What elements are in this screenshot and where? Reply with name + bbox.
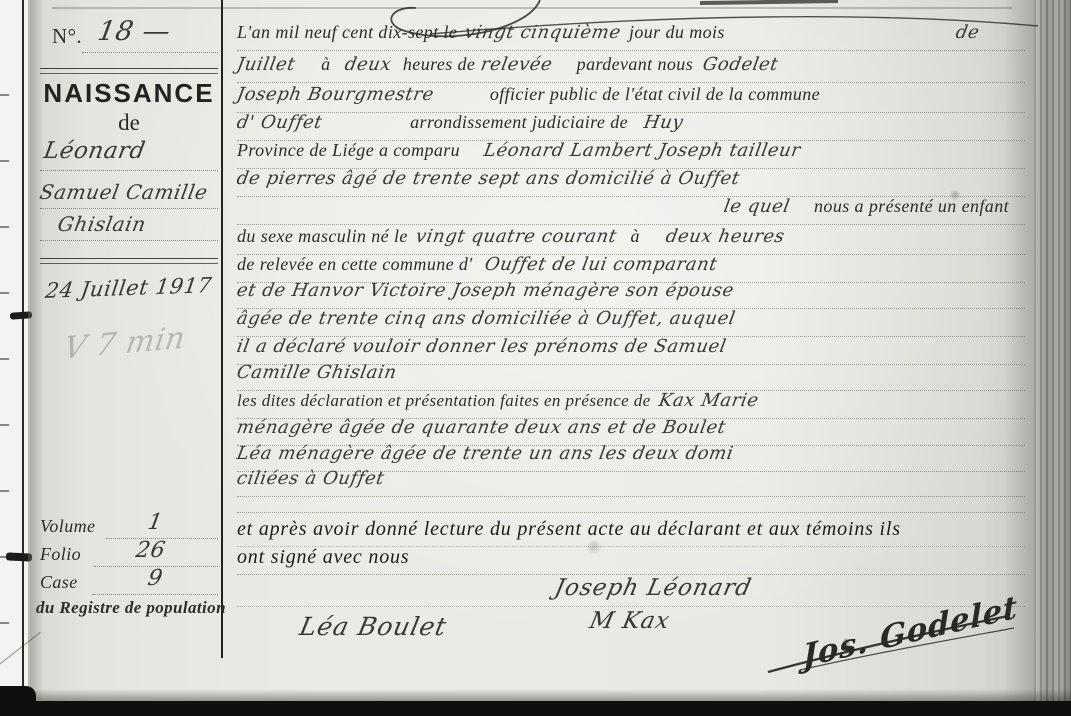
form-text: jour du mois — [629, 22, 725, 43]
handwritten-entry: Juillet — [235, 54, 297, 75]
handwritten-entry: de pierres âgé de trente sept ans domici… — [235, 168, 741, 189]
handwritten-entry: et de Hanvor Victoire Joseph ménagère so… — [235, 280, 736, 301]
act-line: de pierres âgé de trente sept ans domici… — [237, 168, 1025, 197]
handwritten-entry: Léa ménagère âgée de trente un ans les d… — [235, 443, 735, 464]
handwritten-entry: Kax Marie — [657, 390, 760, 411]
act-line: il a déclaré vouloir donner les prénoms … — [237, 336, 1025, 365]
act-line: ont signé avec nous — [237, 546, 1025, 575]
ruled-line — [40, 240, 218, 241]
handwritten-entry: de — [954, 22, 981, 43]
child-surname: Léonard — [42, 138, 148, 164]
folio-label: Folio — [40, 544, 81, 565]
act-line: d' Ouffet arrondissement judiciaire de H… — [237, 112, 1025, 141]
handwritten-entry: Camille Ghislain — [235, 362, 398, 383]
record-number-label: N°. — [52, 24, 82, 49]
child-given-names-2: Ghislain — [56, 212, 148, 236]
handwritten-entry: il a déclaré vouloir donner les prénoms … — [235, 336, 728, 357]
register-caption: du Registre de population — [36, 598, 226, 618]
handwritten-entry: Ouffet de lui comparant — [483, 254, 719, 275]
case-value: 9 — [146, 566, 165, 591]
form-text: pardevant nous — [577, 54, 693, 75]
child-given-names: Samuel Camille — [38, 180, 210, 204]
page-stack-edge — [1034, 0, 1071, 716]
witness-signature-lea-boulet: Léa Boulet — [297, 612, 450, 641]
handwritten-entry: le quel — [722, 196, 792, 217]
act-line: âgée de trente cinq ans domiciliée à Ouf… — [237, 308, 1025, 337]
margin-column: N°. 18 — NAISSANCE de Léonard Samuel Cam… — [36, 0, 222, 660]
form-text: du sexe masculin né le — [237, 226, 408, 247]
form-text: ont signé avec nous — [237, 546, 409, 569]
handwritten-entry: deux — [343, 54, 393, 75]
form-text: Province de Liége a comparu — [237, 140, 460, 161]
act-line: Juillet à deux heures de relevée pardeva… — [237, 54, 1025, 83]
act-line: Province de Liége a comparu Léonard Lamb… — [237, 140, 1025, 169]
form-text: officier public de l'état civil de la co… — [490, 84, 820, 105]
pencil-annotation: V 7 min — [61, 320, 188, 366]
act-line: ménagère âgée de quarante deux ans et de… — [237, 417, 1025, 446]
form-text: de relevée en cette commune d' — [237, 254, 473, 275]
act-line: L'an mil neuf cent dix-sept le vingt cin… — [237, 22, 1025, 51]
handwritten-entry: ménagère âgée de quarante deux ans et de… — [235, 417, 727, 438]
declarant-signature: Joseph Léonard — [552, 575, 754, 601]
form-text: à — [630, 226, 639, 247]
act-date: 24 Juillet 1917 — [44, 273, 214, 303]
scan-corner-background — [0, 686, 36, 716]
handwritten-entry: vingt quatre courant — [414, 226, 618, 247]
act-line: et après avoir donné lecture du présent … — [237, 518, 1025, 547]
volume-value: 1 — [146, 510, 165, 535]
handwritten-entry: âgée de trente cinq ans domiciliée à Ouf… — [235, 308, 737, 329]
form-text: arrondissement judiciaire de — [410, 112, 628, 133]
case-label: Case — [40, 572, 78, 593]
act-line-blank — [237, 488, 1025, 513]
act-line: Joseph Bourgmestre officier public de l'… — [237, 84, 1025, 113]
form-text: heures de — [403, 54, 475, 75]
page-edge-ticks — [0, 30, 9, 670]
ruled-line — [40, 170, 218, 171]
form-text: les dites déclaration et présentation fa… — [237, 391, 651, 411]
act-type-de: de — [36, 110, 222, 136]
witness-signature-m-kax: M Kax — [587, 608, 672, 634]
act-body: L'an mil neuf cent dix-sept le vingt cin… — [237, 0, 1025, 620]
binding-line — [22, 0, 24, 692]
act-line: Camille Ghislain — [237, 362, 1025, 391]
handwritten-entry: deux heures — [664, 226, 786, 247]
ruled-line — [92, 594, 218, 595]
volume-label: Volume — [40, 516, 95, 537]
act-line: les dites déclaration et présentation fa… — [237, 390, 1025, 419]
act-type-heading: NAISSANCE — [36, 78, 222, 109]
ruled-line — [82, 52, 218, 53]
handwritten-entry: d' Ouffet — [235, 112, 324, 133]
register-scan-page: N°. 18 — NAISSANCE de Léonard Samuel Cam… — [0, 0, 1071, 716]
double-rule — [40, 68, 218, 74]
scan-bottom-background — [0, 701, 1071, 716]
handwritten-entry: Joseph Bourgmestre — [235, 84, 436, 105]
handwritten-entry: Léonard Lambert Joseph tailleur — [482, 140, 802, 161]
form-text: à — [321, 54, 330, 75]
act-line: et de Hanvor Victoire Joseph ménagère so… — [237, 280, 1025, 309]
handwritten-entry: relevée — [479, 54, 554, 75]
act-line: le quel nous a présenté un enfant — [237, 196, 1025, 225]
act-line: de relevée en cette commune d' Ouffet de… — [237, 254, 1025, 283]
handwritten-entry: Huy — [642, 112, 685, 133]
record-number-value: 18 — — [95, 16, 173, 47]
act-line: du sexe masculin né le vingt quatre cour… — [237, 226, 1025, 255]
folio-value: 26 — [134, 538, 168, 563]
form-text: nous a présenté un enfant — [814, 196, 1009, 217]
page-bottom-shadow — [0, 689, 1071, 701]
double-rule — [40, 258, 218, 264]
ruled-line — [40, 208, 218, 209]
handwritten-entry: Godelet — [701, 54, 780, 75]
handwritten-entry: vingt cinquième — [463, 22, 622, 43]
form-text: et après avoir donné lecture du présent … — [237, 518, 901, 541]
handwritten-entry: ciliées à Ouffet — [235, 468, 386, 489]
form-text: L'an mil neuf cent dix-sept le — [237, 22, 457, 43]
